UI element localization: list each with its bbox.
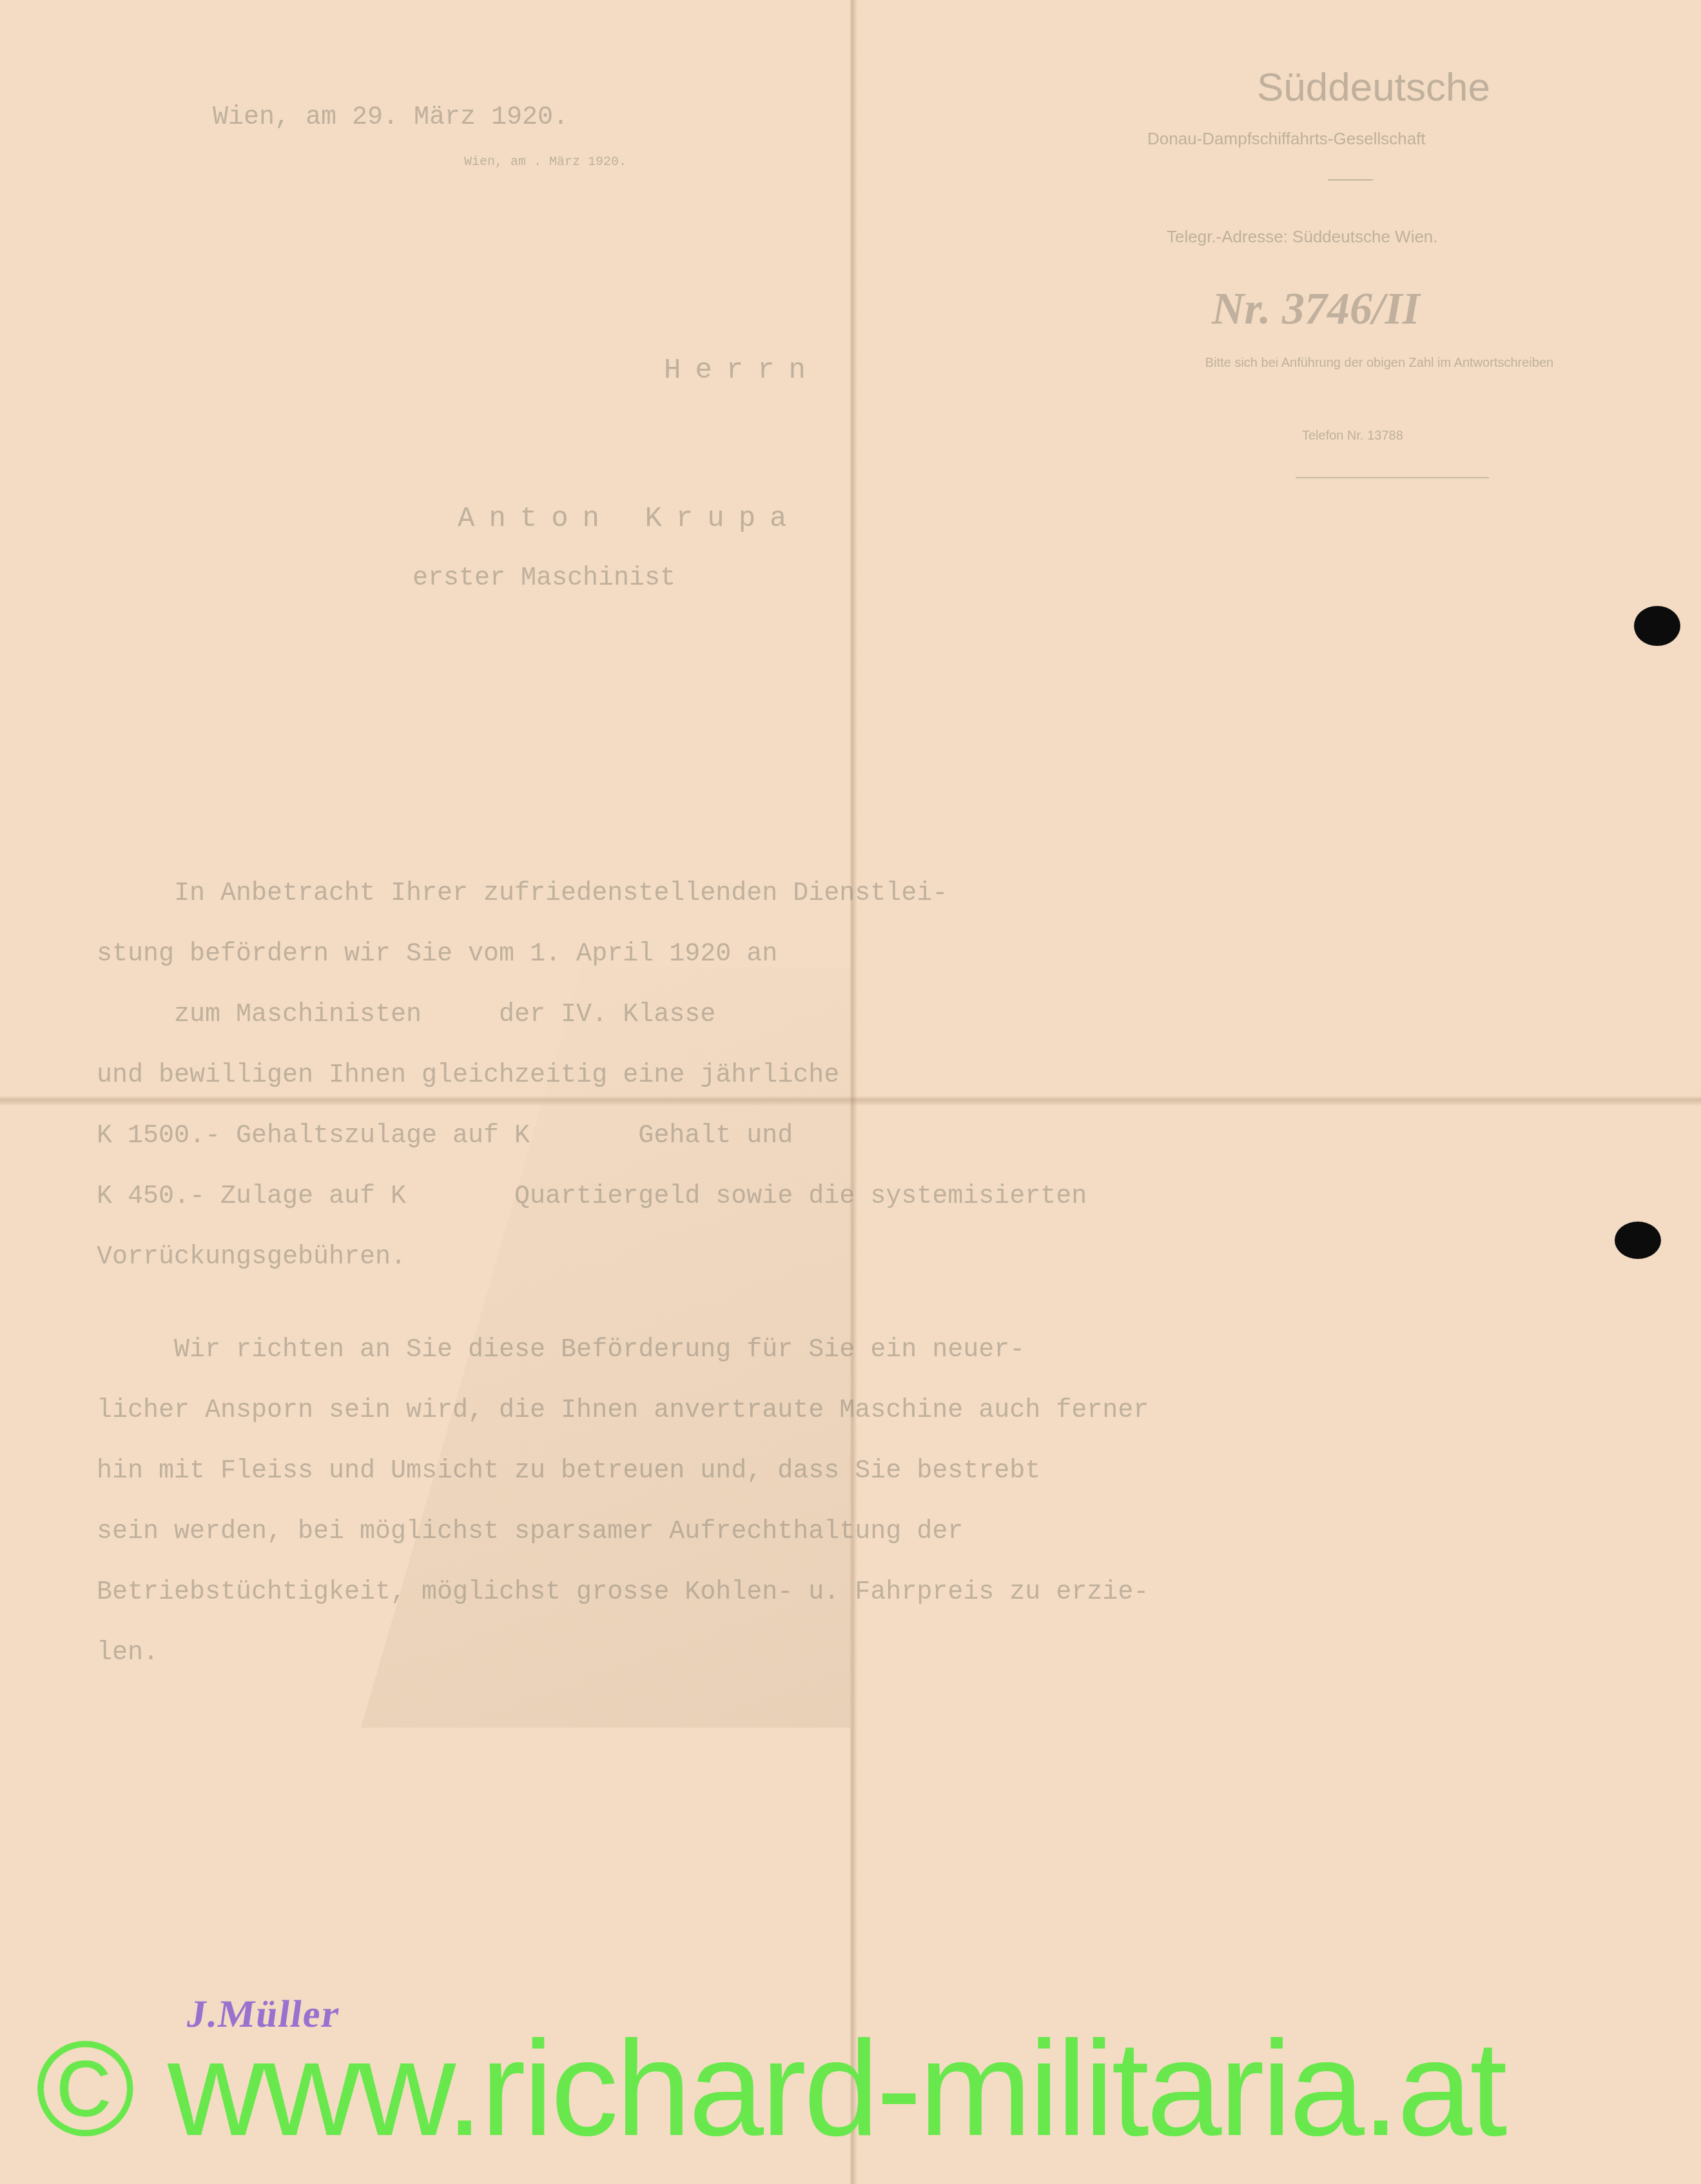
telegram-address: Telegr.-Adresse: Süddeutsche Wien. — [1167, 227, 1438, 247]
telephone-number: Telefon Nr. 13788 — [1302, 429, 1403, 444]
date-line: Wien, am 29. März 1920. — [213, 103, 569, 132]
body-line: K 450.- Zulage auf K Quartiergeld sowie … — [97, 1167, 1149, 1227]
body-line: Betriebstüchtigkeit, möglichst grosse Ko… — [97, 1563, 1149, 1623]
reference-note: Bitte sich bei Anführung der obigen Zahl… — [1180, 355, 1579, 371]
recipient-name: Anton Krupa — [458, 503, 801, 535]
recipient-title: erster Maschinist — [413, 564, 676, 593]
copyright-watermark: © www.richard-militaria.at — [35, 2021, 1505, 2156]
company-subtitle: Donau-Dampfschiffahrts-Gesellschaft — [1147, 129, 1426, 149]
date-subline: Wien, am . März 1920. — [464, 155, 627, 170]
body-line: hin mit Fleiss und Umsicht zu betreuen u… — [97, 1441, 1149, 1502]
body-line: Vorrückungsgebühren. — [97, 1227, 1149, 1288]
body-line: In Anbetracht Ihrer zufriedenstellenden … — [97, 864, 1149, 924]
reference-number: Nr. 3746/II — [1212, 284, 1420, 335]
body-line: Wir richten an Sie diese Beförderung für… — [97, 1320, 1149, 1381]
body-line: und bewilligen Ihnen gleichzeitig eine j… — [97, 1046, 1149, 1106]
company-name: Süddeutsche — [1257, 64, 1490, 110]
reference-divider — [1296, 477, 1489, 478]
punch-hole-upper — [1634, 606, 1680, 646]
body-line: sein werden, bei möglichst sparsamer Auf… — [97, 1502, 1149, 1563]
punch-hole-lower — [1615, 1222, 1661, 1259]
body-line: K 1500.- Gehaltszulage auf K Gehalt und — [97, 1106, 1149, 1167]
body-line: zum Maschinisten der IV. Klasse — [97, 985, 1149, 1046]
body-line: len. — [97, 1623, 1149, 1684]
body-line: licher Ansporn sein wird, die Ihnen anve… — [97, 1381, 1149, 1441]
letterhead-divider — [1328, 179, 1373, 180]
salutation: Herrn — [664, 355, 820, 387]
body-line: stung befördern wir Sie vom 1. April 192… — [97, 924, 1149, 985]
letter-body: In Anbetracht Ihrer zufriedenstellenden … — [97, 864, 1149, 1684]
